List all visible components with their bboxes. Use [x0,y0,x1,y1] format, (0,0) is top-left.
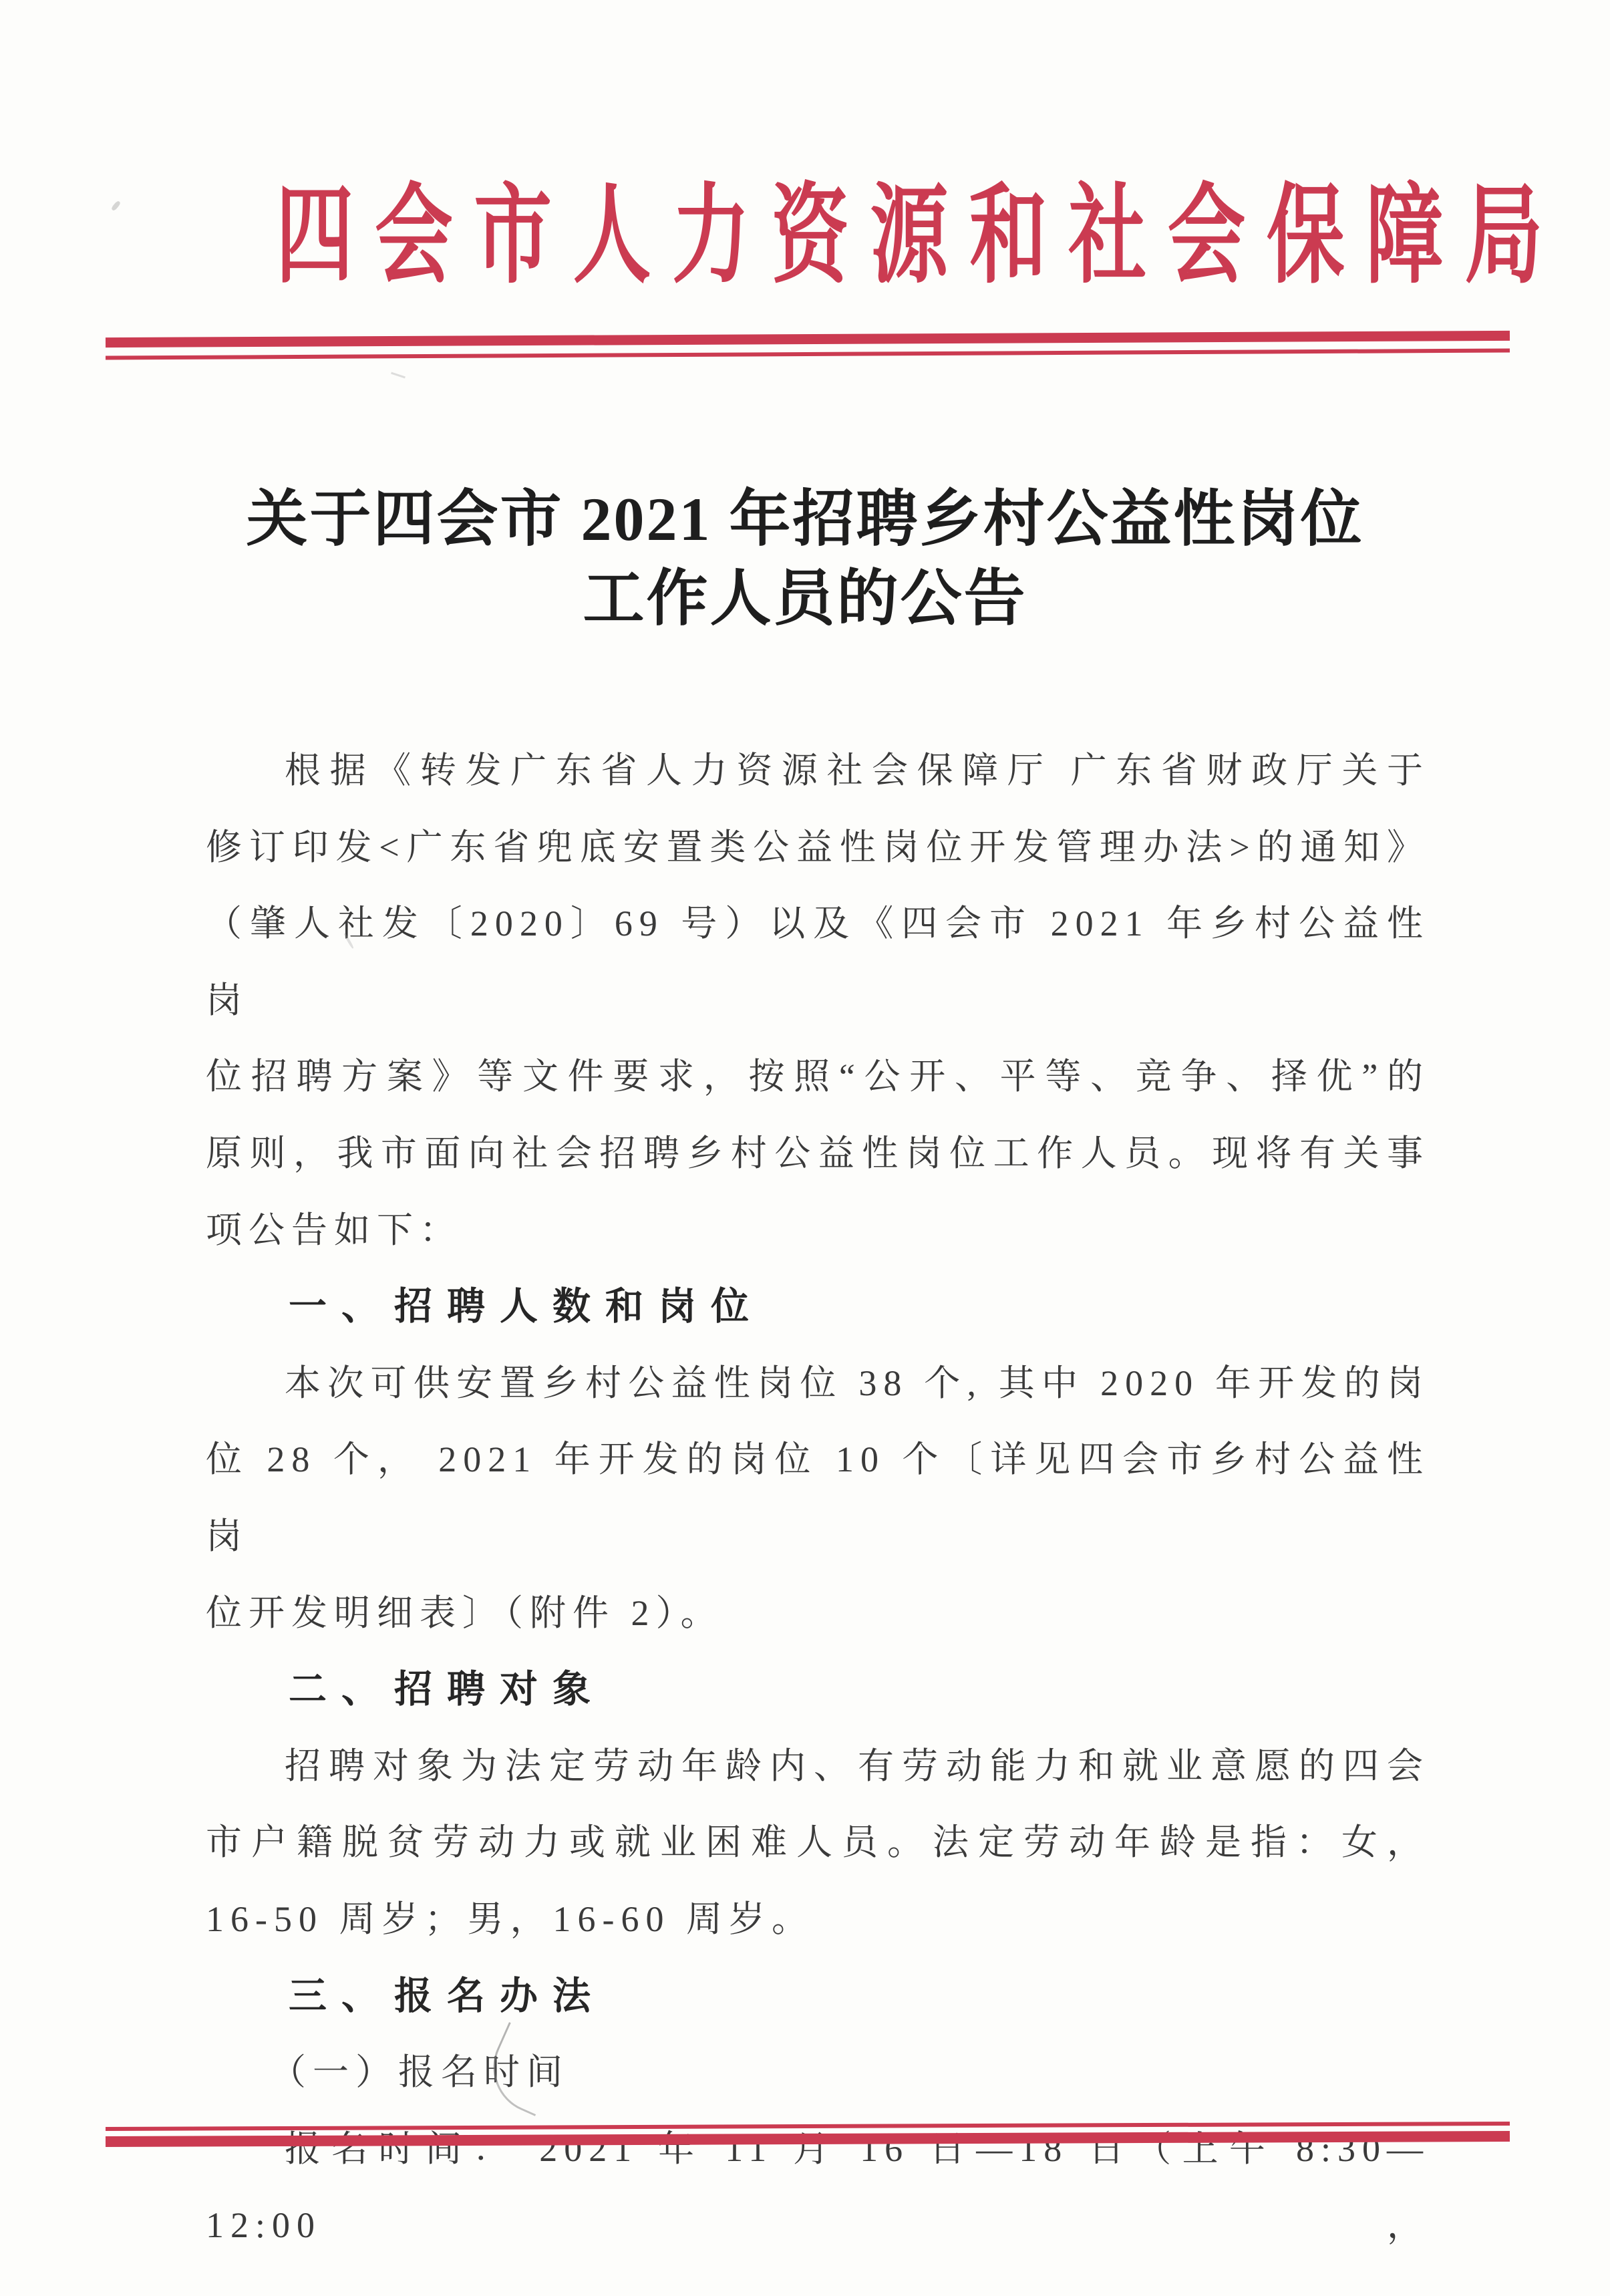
body-line: 修订印发<广东省兜底安置类公益性岗位开发管理办法>的通知》 [206,809,1430,886]
letterhead: 四会市人力资源和社会保障局 [0,168,1610,306]
document-title-line1: 关于四会市 2021 年招聘乡村公益性岗位 [0,480,1610,559]
body-line: 本次可供安置乡村公益性岗位 38 个, 其中 2020 年开发的岗 [206,1345,1430,1422]
body-line: 位招聘方案》等文件要求，按照“公开、平等、竞争、择优”的 [206,1038,1430,1115]
body-line: 招聘对象为法定劳动年龄内、有劳动能力和就业意愿的四会 [206,1728,1430,1805]
body-line: 项公告如下： [206,1192,1430,1269]
section-heading-recruit-target: 二、招聘对象 [206,1651,1430,1728]
document-page: 四会市人力资源和社会保障局 关于四会市 2021 年招聘乡村公益性岗位 工作人员… [0,0,1610,2296]
body-line: 原则，我市面向社会招聘乡村公益性岗位工作人员。现将有关事 [206,1115,1430,1192]
letterhead-rule-top-thick [106,331,1510,347]
body-line: 位开发明细表〕（附件 2）。 [206,1575,1430,1652]
document-title-line2: 工作人员的公告 [0,559,1610,639]
section-heading-positions: 一、招聘人数和岗位 [206,1268,1430,1345]
body-line: 16-50 周岁；男，16-60 周岁。 [206,1881,1430,1958]
scan-artifact-speck [391,372,406,379]
letterhead-rule-top-thin [106,348,1510,360]
body-line: 市户籍脱贫劳动力或就业困难人员。法定劳动年龄是指：女， [206,1804,1430,1881]
subsection-heading-apply-time: （一）报名时间 [206,2034,1430,2111]
document-body: 根据《转发广东省人力资源社会保障厅 广东省财政厅关于 修订印发<广东省兜底安置类… [206,732,1430,2264]
body-line: 根据《转发广东省人力资源社会保障厅 广东省财政厅关于 [206,732,1430,809]
section-heading-apply-method: 三、报名办法 [206,1958,1430,2035]
letterhead-agency-name: 四会市人力资源和社会保障局 [255,168,1564,306]
document-title: 关于四会市 2021 年招聘乡村公益性岗位 工作人员的公告 [0,480,1610,639]
body-line: （肇人社发〔2020〕69 号）以及《四会市 2021 年乡村公益性岗 [206,885,1430,1038]
body-line: 位 28 个， 2021 年开发的岗位 10 个〔详见四会市乡村公益性岗 [206,1421,1430,1574]
